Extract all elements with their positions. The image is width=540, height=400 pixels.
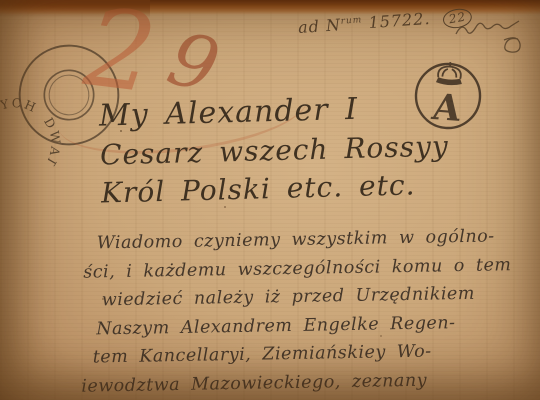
docket-number-line: ad Nrum 15722. 22 [297, 6, 472, 39]
document-photo: DWADZIEŚCIA · ZŁOTYCH · 2 9 ad Nrum 1572… [0, 0, 540, 400]
docket-number: 15722. [368, 9, 431, 32]
heading-line-king-title: Król Polski etc. etc. [101, 165, 451, 212]
body-paragraph: Wiadomo czyniemy wszystkim w ogólno- ści… [77, 222, 510, 400]
docket-superscript: rum [340, 15, 362, 26]
red-crayon-digit-9: 9 [161, 21, 227, 105]
docket-prefix: ad N [297, 15, 341, 37]
royal-title-heading: My Alexander I Cesarz wszech Rossyy Król… [99, 87, 451, 212]
red-crayon-digit-2: 2 [80, 0, 161, 110]
